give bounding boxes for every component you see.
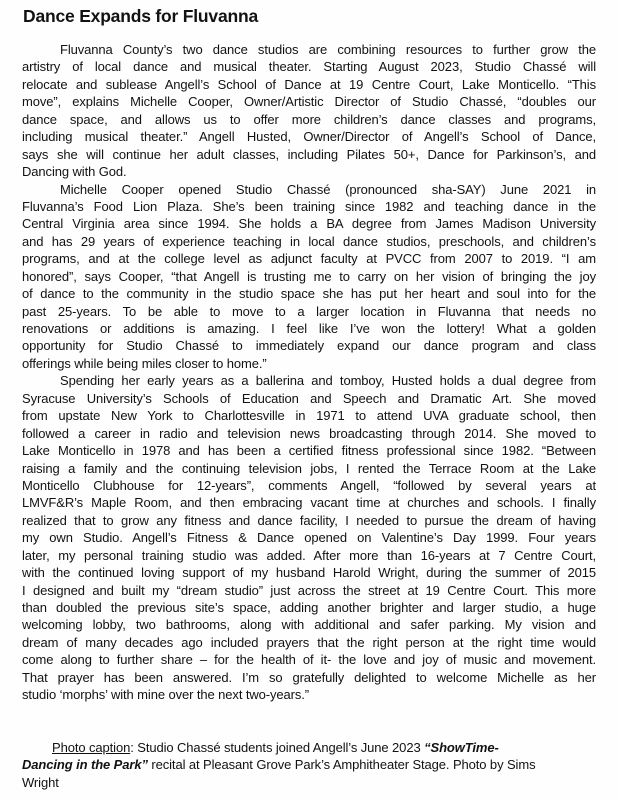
text-line: Central Virginia area since 1994. She ho… [22, 215, 596, 232]
text-line: of dance to the community in the studio … [22, 285, 596, 302]
recital-title: Dancing in the Park” [22, 757, 148, 772]
text-line: Fluvanna County’s two dance studios are … [22, 41, 596, 58]
caption-text: recital at Pleasant Grove Park’s Amphith… [148, 757, 536, 772]
text-line: raising a family and the continuing tele… [22, 460, 596, 477]
text-line: my own Studio. Angell’s Fitness & Dance … [22, 529, 596, 546]
document-page: Dance Expands for Fluvanna Fluvanna Coun… [0, 0, 618, 800]
caption-text: : Studio Chassé students joined Angell’s… [130, 740, 424, 755]
text-line: offerings while being miles closer to ho… [22, 355, 596, 372]
text-line: renovations or additions is amazing. I f… [22, 320, 596, 337]
text-line: from upstate New York to Charlottesville… [22, 407, 596, 424]
text-line: opportunity for Studio Chassé to immedia… [22, 337, 596, 354]
text-line: studio ‘morphs’ with mine over the next … [22, 686, 596, 703]
text-line: and has 29 years of experience teaching … [22, 233, 596, 250]
article-body: Fluvanna County’s two dance studios are … [22, 41, 596, 704]
text-line: says she will continue her adult classes… [22, 146, 596, 163]
text-line: come along to further share – for the he… [22, 651, 596, 668]
photo-caption: Photo caption: Studio Chassé students jo… [22, 739, 596, 791]
text-line: That prayer has been answered. I’m so gr… [22, 669, 596, 686]
text-line: Spending her early years as a ballerina … [22, 372, 596, 389]
article-title: Dance Expands for Fluvanna [23, 6, 596, 26]
text-line: realized that to grow any fitness and da… [22, 512, 596, 529]
text-line: Fluvanna’s Food Lion Plaza. She’s been t… [22, 198, 596, 215]
text-line: move”, explains Michelle Cooper, Owner/A… [22, 93, 596, 110]
caption-line: Photo caption: Studio Chassé students jo… [22, 739, 596, 756]
photo-caption-label: Photo caption [52, 740, 130, 755]
text-line: Lake Monticello in 1978 and has been a c… [22, 442, 596, 459]
caption-text: Wright [22, 775, 59, 790]
caption-line: Dancing in the Park” recital at Pleasant… [22, 756, 596, 773]
text-line: with the continued loving support of my … [22, 564, 596, 581]
text-line: including musical theater.” Angell Huste… [22, 128, 596, 145]
text-line: relocate and sublease Angell’s School of… [22, 76, 596, 93]
recital-title: “ShowTime- [424, 740, 499, 755]
text-line: welcoming lobby, two bathrooms, along wi… [22, 616, 596, 633]
text-line: Dancing with God. [22, 163, 596, 180]
text-line: dance space, and allows us to offer more… [22, 111, 596, 128]
text-line: Syracuse University’s Schools of Educati… [22, 390, 596, 407]
text-line: LMVF&R’s Maple Room, and then embracing … [22, 494, 596, 511]
text-line: Michelle Cooper opened Studio Chassé (pr… [22, 181, 596, 198]
caption-line: Wright [22, 774, 596, 791]
text-line: dream of many decades ago included praye… [22, 634, 596, 651]
text-line: followed a career in radio and televisio… [22, 425, 596, 442]
text-line: honored”, says Cooper, “that Angell is t… [22, 268, 596, 285]
text-line: Monticello Clubhouse for 12-years”, comm… [22, 477, 596, 494]
text-line: programs, and at the college level as ad… [22, 250, 596, 267]
text-line: artistry of local dance and musical thea… [22, 58, 596, 75]
text-line: than doubled the previous site’s space, … [22, 599, 596, 616]
text-line: past 25-years. To be able to move to a l… [22, 303, 596, 320]
text-line: later, my personal training studio was a… [22, 547, 596, 564]
text-line: I designed and built my “dream studio” j… [22, 582, 596, 599]
